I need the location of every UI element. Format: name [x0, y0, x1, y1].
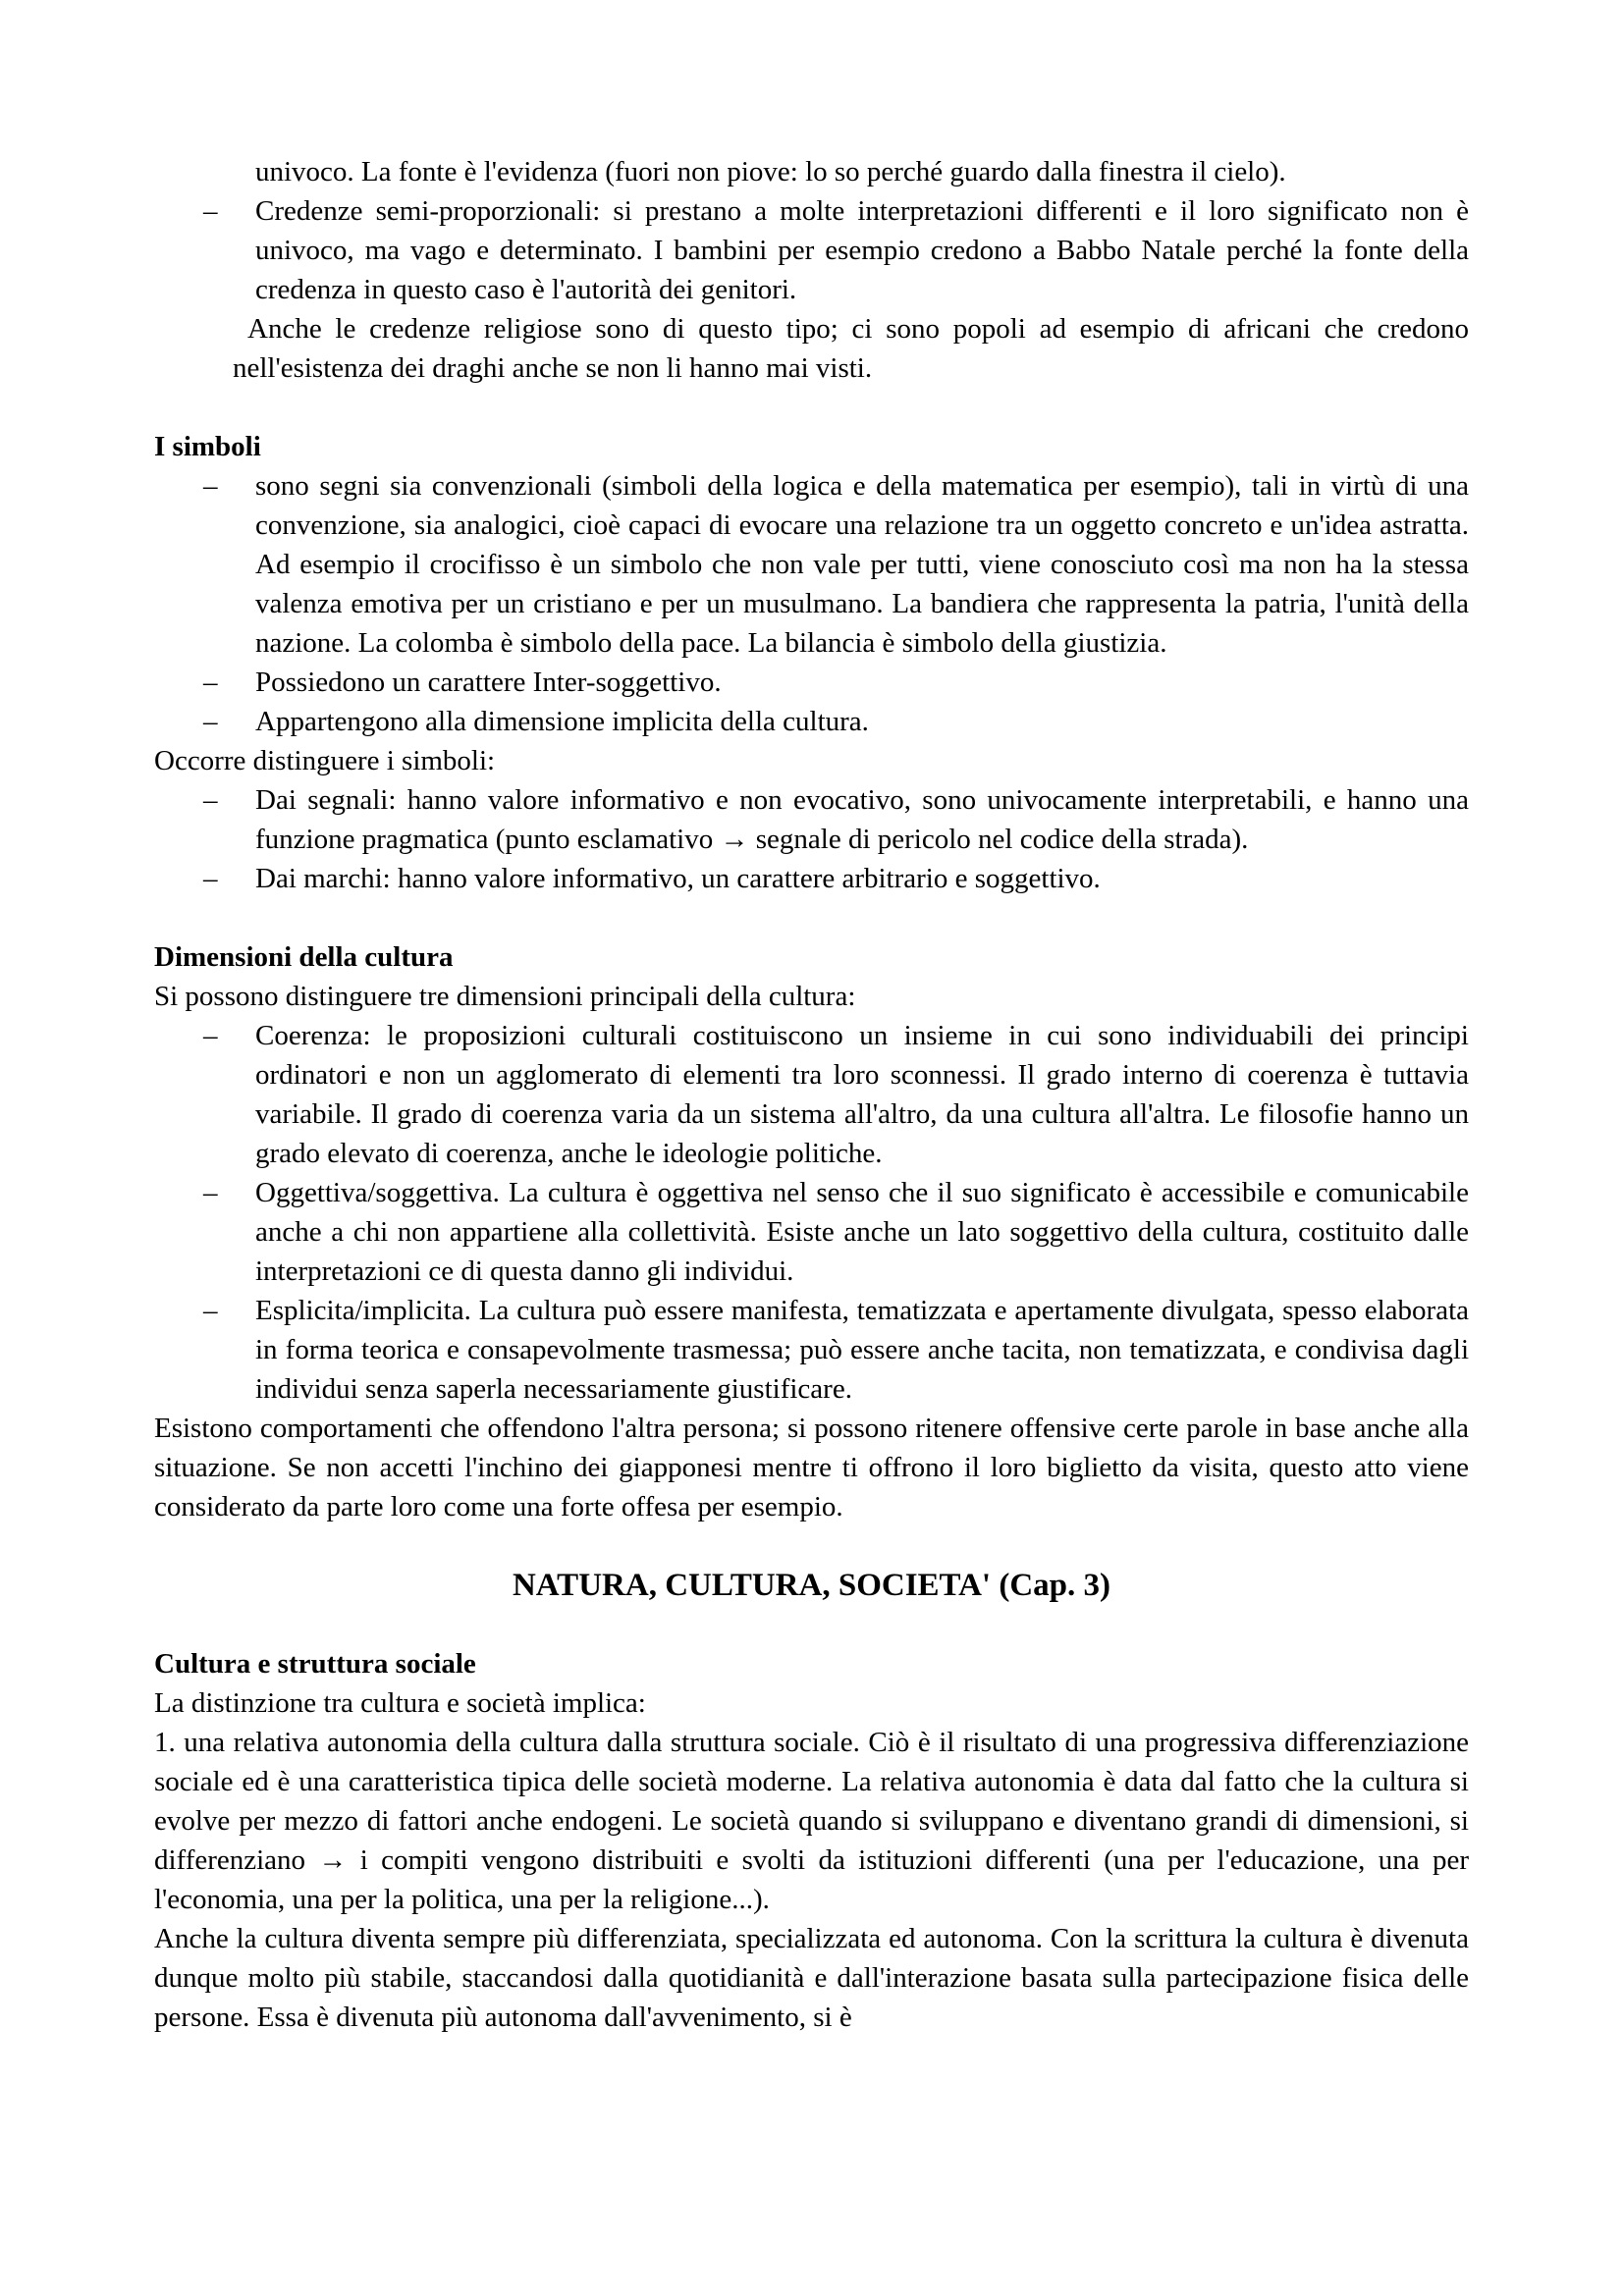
- dash-bullet-icon: –: [203, 1016, 218, 1055]
- dash-bullet-icon: –: [203, 780, 218, 820]
- list-item: – Oggettiva/soggettiva. La cultura è ogg…: [154, 1173, 1469, 1291]
- paragraph: Si possono distinguere tre dimensioni pr…: [154, 977, 1469, 1016]
- list-item: – Esplicita/implicita. La cultura può es…: [154, 1291, 1469, 1409]
- list-item-text: Oggettiva/soggettiva. La cultura è ogget…: [255, 1177, 1469, 1287]
- section-heading-simboli: I simboli: [154, 427, 1469, 466]
- paragraph: 1. una relativa autonomia della cultura …: [154, 1723, 1469, 1919]
- dash-bullet-icon: –: [203, 702, 218, 741]
- list-item: – Credenze semi-proporzionali: si presta…: [154, 191, 1469, 309]
- document-page: univoco. La fonte è l'evidenza (fuori no…: [0, 0, 1623, 2296]
- list-item: – sono segni sia convenzionali (simboli …: [154, 466, 1469, 663]
- section-heading-dimensioni: Dimensioni della cultura: [154, 937, 1469, 977]
- dash-bullet-icon: –: [203, 466, 218, 506]
- list-item: – Appartengono alla dimensione implicita…: [154, 702, 1469, 741]
- paragraph-continuation: univoco. La fonte è l'evidenza (fuori no…: [154, 152, 1469, 191]
- list-item-text: Esplicita/implicita. La cultura può esse…: [255, 1295, 1469, 1405]
- dash-bullet-icon: –: [203, 1173, 218, 1212]
- chapter-title: NATURA, CULTURA, SOCIETA' (Cap. 3): [154, 1566, 1469, 1605]
- list-item-text: Possiedono un carattere Inter-soggettivo…: [255, 667, 722, 698]
- paragraph: Anche le credenze religiose sono di ques…: [154, 309, 1469, 388]
- dash-bullet-icon: –: [203, 663, 218, 702]
- list-item: – Dai marchi: hanno valore informativo, …: [154, 859, 1469, 898]
- paragraph: Occorre distinguere i simboli:: [154, 741, 1469, 780]
- dash-bullet-icon: –: [203, 1291, 218, 1330]
- list-item: – Coerenza: le proposizioni culturali co…: [154, 1016, 1469, 1173]
- list-item: – Possiedono un carattere Inter-soggetti…: [154, 663, 1469, 702]
- list-item-text: Dai marchi: hanno valore informativo, un…: [255, 863, 1101, 894]
- list-item-text: sono segni sia convenzionali (simboli de…: [255, 470, 1469, 659]
- paragraph: Anche la cultura diventa sempre più diff…: [154, 1919, 1469, 2037]
- section-heading-cultura-struttura: Cultura e struttura sociale: [154, 1644, 1469, 1683]
- paragraph: Esistono comportamenti che offendono l'a…: [154, 1409, 1469, 1526]
- dash-bullet-icon: –: [203, 859, 218, 898]
- list-item-text: Credenze semi-proporzionali: si prestano…: [255, 195, 1469, 305]
- list-item: – Dai segnali: hanno valore informativo …: [154, 780, 1469, 859]
- dash-bullet-icon: –: [203, 191, 218, 231]
- list-item-text: Coerenza: le proposizioni culturali cost…: [255, 1020, 1469, 1169]
- list-item-text: Appartengono alla dimensione implicita d…: [255, 706, 869, 737]
- list-item-text: Dai segnali: hanno valore informativo e …: [255, 784, 1469, 855]
- paragraph: La distinzione tra cultura e società imp…: [154, 1683, 1469, 1723]
